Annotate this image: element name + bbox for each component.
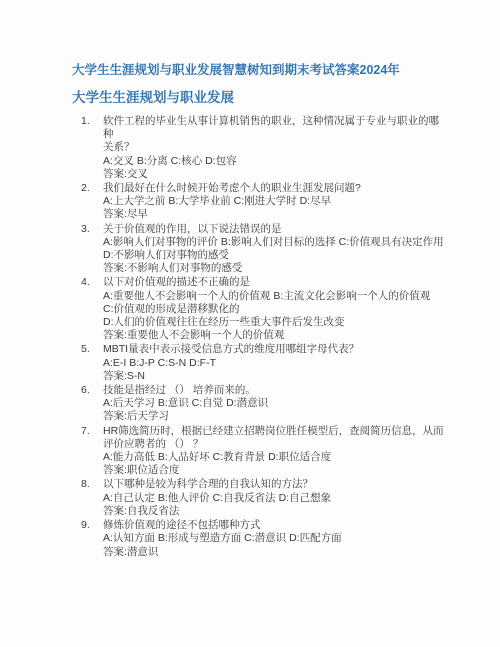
question-options: A:后天学习 B:意识 C:自觉 D:潜意识	[103, 397, 444, 410]
question-answer: 答案:重要他人不会影响一个人的价值观	[103, 329, 444, 342]
question-text: 以下对价值观的描述不正确的是	[103, 276, 444, 289]
question-options: A:重要他人不会影响一个人的价值观 B:主流文化会影响一个人的价值观 C:价值观…	[103, 290, 444, 330]
question-options: A:交叉 B:分离 C:核心 D:包容	[103, 155, 444, 168]
question-item: 2. 我们最好在什么时候开始考虑个人的职业生涯发展问题? A:上大学之前 B:大…	[72, 182, 444, 222]
question-answer: 答案:交叉	[103, 168, 444, 181]
question-answer: 答案:S-N	[103, 370, 444, 383]
question-content: MBTI量表中表示接受信息方式的维度用哪组字母代表？ A:E-I B:J-P C…	[103, 343, 444, 383]
question-content: 我们最好在什么时候开始考虑个人的职业生涯发展问题? A:上大学之前 B:大学毕业…	[103, 182, 444, 222]
document-body: 大学生生涯规划与职业发展智慧树知到期末考试答案2024年 大学生生涯规划与职业发…	[72, 63, 444, 560]
question-answer: 答案:职位适合度	[103, 464, 444, 477]
question-number: 6.	[72, 384, 103, 397]
question-answer: 答案:自我反省法	[103, 505, 444, 518]
question-content: 关于价值观的作用，以下说法错误的是 A:影响人们对事物的评价 B:影响人们对目标…	[103, 223, 444, 276]
question-item: 3. 关于价值观的作用，以下说法错误的是 A:影响人们对事物的评价 B:影响人们…	[72, 223, 444, 276]
question-options: A:认知方面 B:形成与塑造方面 C:潜意识 D:匹配方面	[103, 532, 444, 545]
question-item: 9. 修炼价值观的途径不包括哪种方式 A:认知方面 B:形成与塑造方面 C:潜意…	[72, 519, 444, 559]
question-text: HR筛选简历时，根据已经建立招聘岗位胜任模型后，查阅简历信息，从而 评价应聘者的…	[103, 425, 444, 451]
question-list: 1. 软件工程的毕业生从事计算机销售的职业，这种情况属于专业与职业的哪种 关系？…	[72, 115, 444, 559]
question-options: A:自己认定 B:他人评价 C:自我反省法 D:自己想象	[103, 492, 444, 505]
section-heading: 大学生生涯规划与职业发展	[72, 90, 444, 106]
question-content: HR筛选简历时，根据已经建立招聘岗位胜任模型后，查阅简历信息，从而 评价应聘者的…	[103, 425, 444, 478]
question-number: 9.	[72, 519, 103, 532]
question-number: 2.	[72, 182, 103, 195]
question-answer: 答案:不影响人们对事物的感受	[103, 262, 444, 275]
question-options: A:影响人们对事物的评价 B:影响人们对目标的选择 C:价值观具有决定作用 D:…	[103, 236, 444, 262]
question-text: 修炼价值观的途径不包括哪种方式	[103, 519, 444, 532]
question-item: 4. 以下对价值观的描述不正确的是 A:重要他人不会影响一个人的价值观 B:主流…	[72, 276, 444, 342]
question-item: 7. HR筛选简历时，根据已经建立招聘岗位胜任模型后，查阅简历信息，从而 评价应…	[72, 425, 444, 478]
question-content: 以下对价值观的描述不正确的是 A:重要他人不会影响一个人的价值观 B:主流文化会…	[103, 276, 444, 342]
question-answer: 答案:后天学习	[103, 410, 444, 423]
question-content: 技能是指经过 （） 培养而来的。 A:后天学习 B:意识 C:自觉 D:潜意识 …	[103, 384, 444, 424]
question-content: 修炼价值观的途径不包括哪种方式 A:认知方面 B:形成与塑造方面 C:潜意识 D…	[103, 519, 444, 559]
question-item: 8. 以下哪种是较为科学合理的自我认知的方法？ A:自己认定 B:他人评价 C:…	[72, 478, 444, 518]
question-number: 5.	[72, 343, 103, 356]
question-options: A:能力高低 B:人品好坏 C:教育背景 D:职位适合度	[103, 451, 444, 464]
question-options: A:E-I B:J-P C:S-N D:F-T	[103, 357, 444, 370]
question-answer: 答案:尽早	[103, 208, 444, 221]
document-page: 大学生生涯规划与职业发展智慧树知到期末考试答案2024年 大学生生涯规划与职业发…	[0, 0, 500, 647]
question-text: 软件工程的毕业生从事计算机销售的职业，这种情况属于专业与职业的哪种 关系？	[103, 115, 444, 155]
question-number: 1.	[72, 115, 103, 128]
question-text: 我们最好在什么时候开始考虑个人的职业生涯发展问题?	[103, 182, 444, 195]
question-text: 以下哪种是较为科学合理的自我认知的方法？	[103, 478, 444, 491]
question-item: 1. 软件工程的毕业生从事计算机销售的职业，这种情况属于专业与职业的哪种 关系？…	[72, 115, 444, 181]
question-number: 4.	[72, 276, 103, 289]
question-content: 以下哪种是较为科学合理的自我认知的方法？ A:自己认定 B:他人评价 C:自我反…	[103, 478, 444, 518]
question-options: A:上大学之前 B:大学毕业前 C:刚进大学时 D:尽早	[103, 195, 444, 208]
question-number: 3.	[72, 223, 103, 236]
question-number: 7.	[72, 425, 103, 438]
question-text: 技能是指经过 （） 培养而来的。	[103, 384, 444, 397]
question-content: 软件工程的毕业生从事计算机销售的职业，这种情况属于专业与职业的哪种 关系？ A:…	[103, 115, 444, 181]
question-number: 8.	[72, 478, 103, 491]
question-text: 关于价值观的作用，以下说法错误的是	[103, 223, 444, 236]
question-answer: 答案:潜意识	[103, 546, 444, 559]
question-item: 6. 技能是指经过 （） 培养而来的。 A:后天学习 B:意识 C:自觉 D:潜…	[72, 384, 444, 424]
document-title: 大学生生涯规划与职业发展智慧树知到期末考试答案2024年	[72, 63, 444, 78]
question-item: 5. MBTI量表中表示接受信息方式的维度用哪组字母代表？ A:E-I B:J-…	[72, 343, 444, 383]
question-text: MBTI量表中表示接受信息方式的维度用哪组字母代表？	[103, 343, 444, 356]
